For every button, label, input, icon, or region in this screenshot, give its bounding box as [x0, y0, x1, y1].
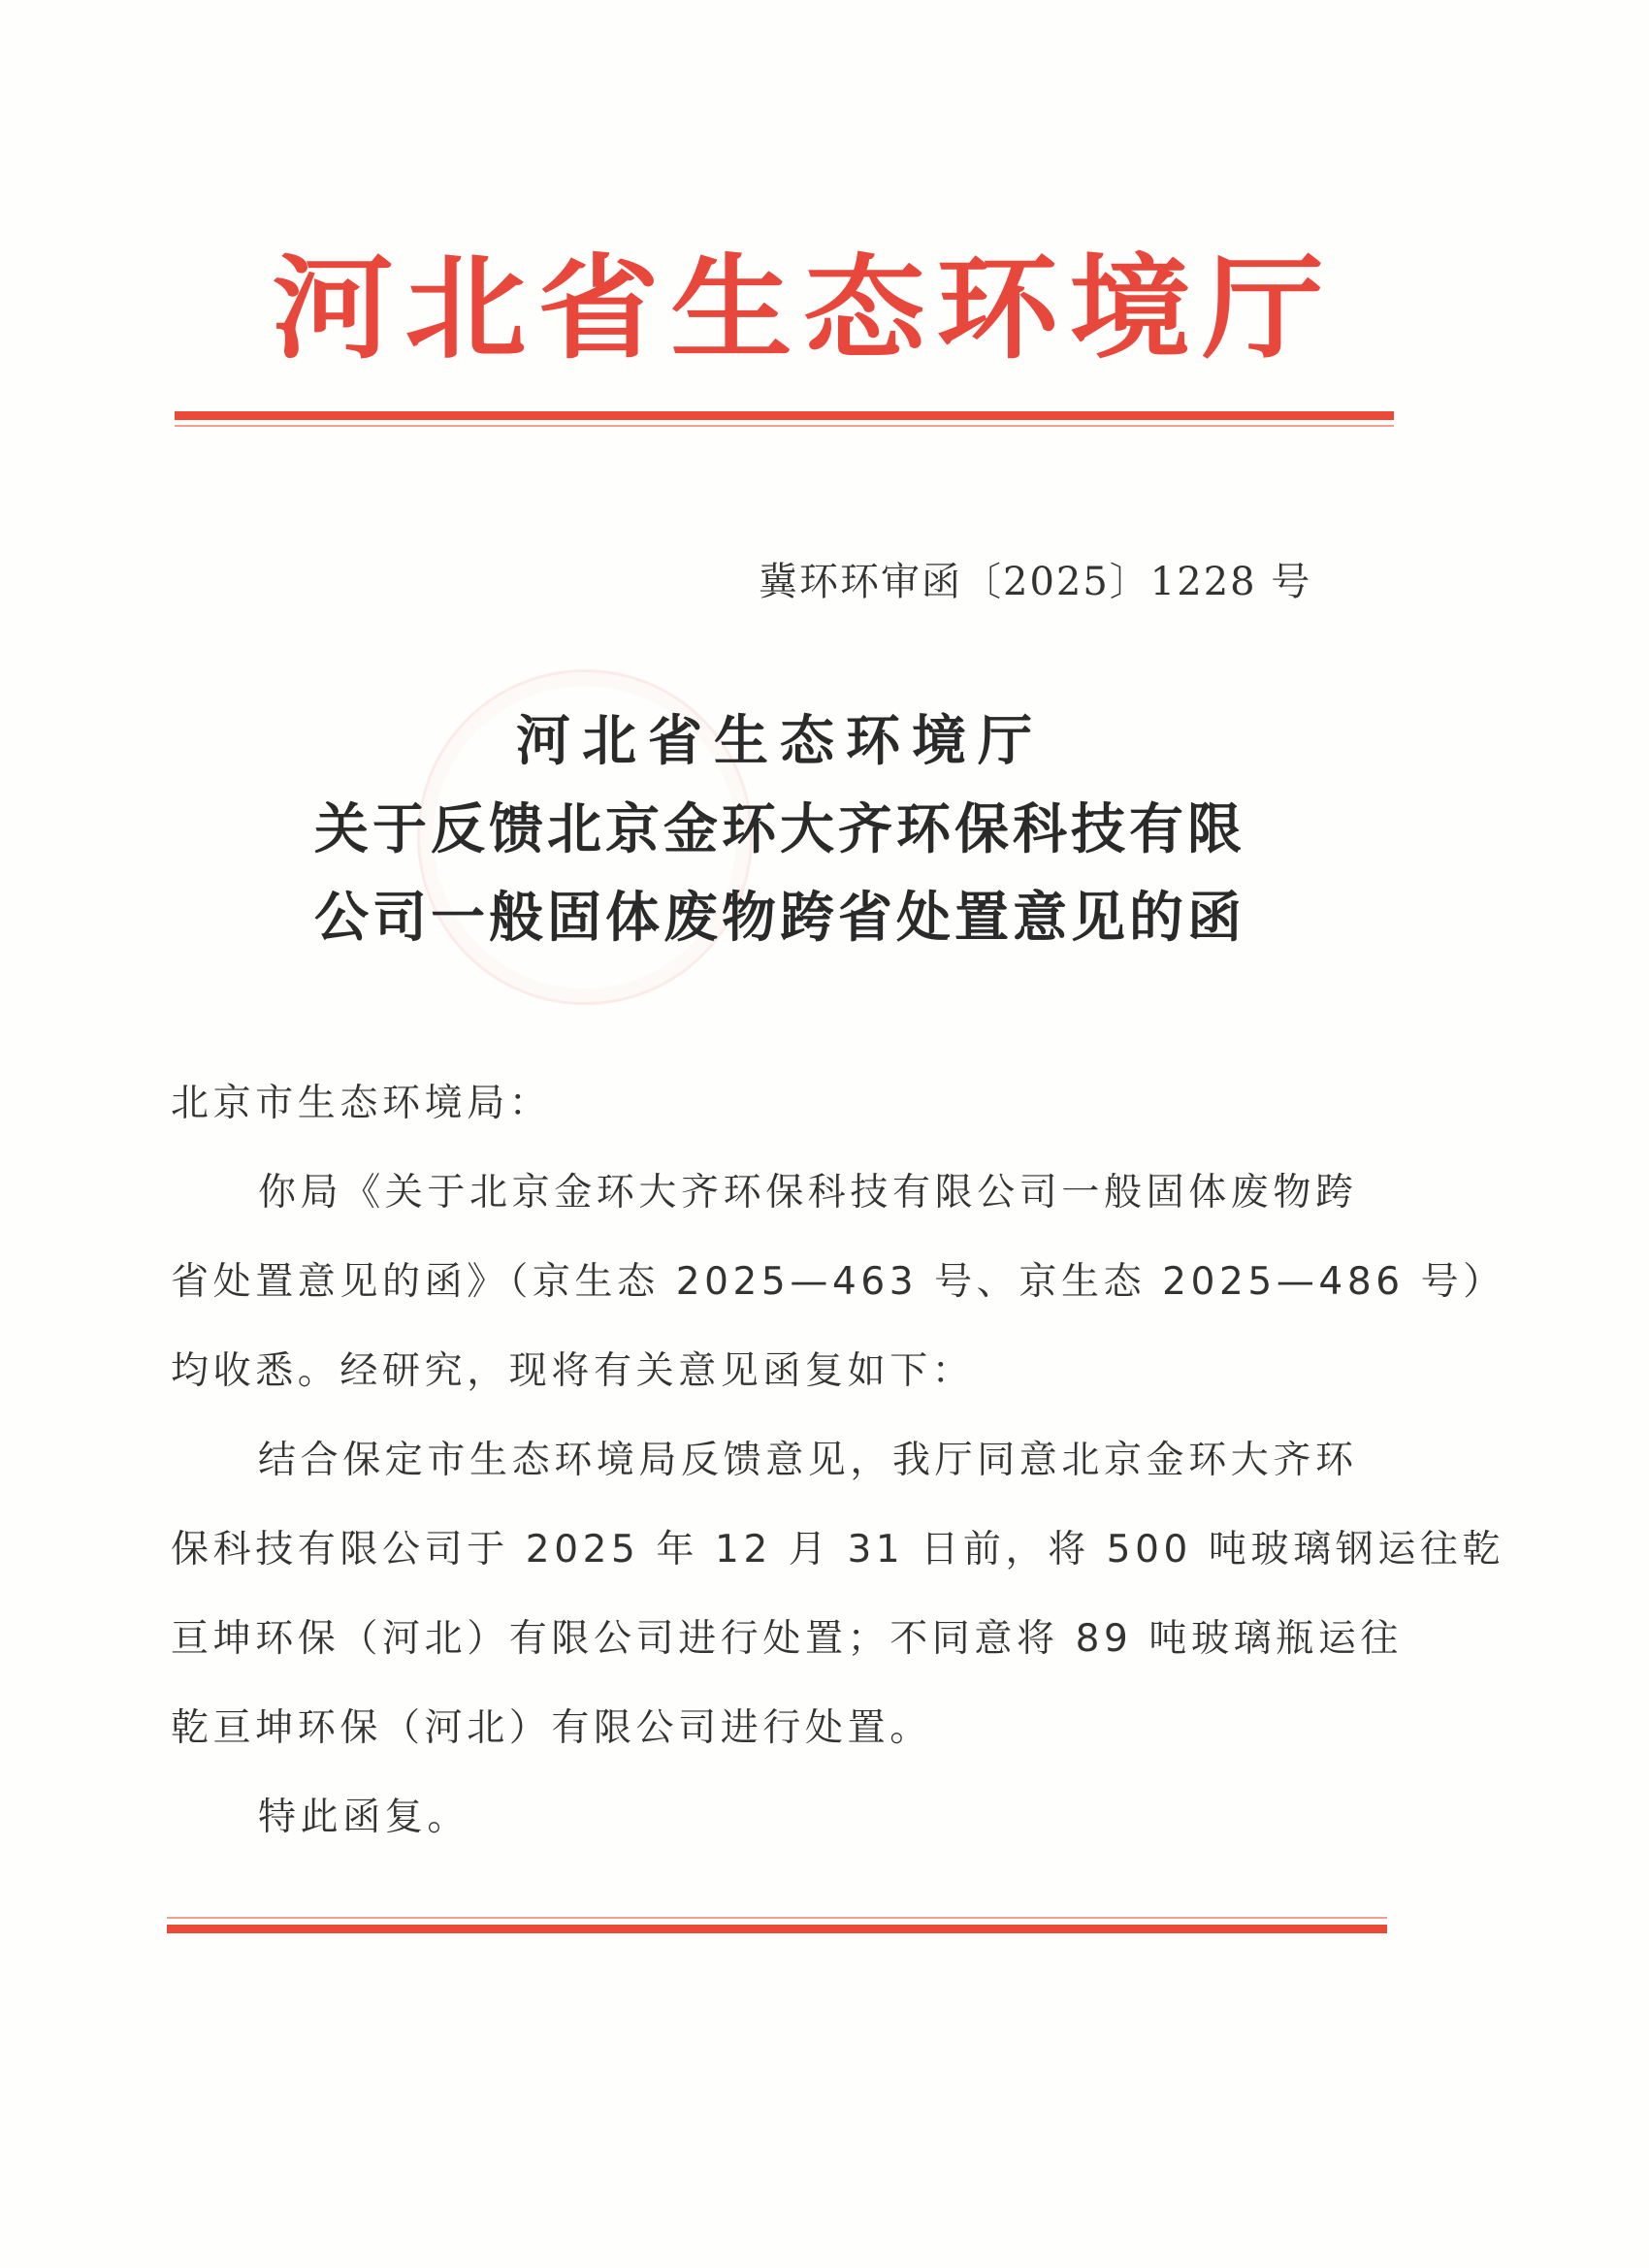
paragraph-1-line-2: 省处置意见的函》（京生态 2025—463 号、京生态 2025—486 号）	[171, 1257, 1403, 1308]
paragraph-2-line-2: 保科技有限公司于 2025 年 12 月 31 日前，将 500 吨玻璃钢运往乾	[171, 1525, 1403, 1575]
paragraph-2-line-3: 亘坤环保（河北）有限公司进行处置；不同意将 89 吨玻璃瓶运往	[171, 1614, 1403, 1665]
paragraph-1-line-1: 你局《关于北京金环大齐环保科技有限公司一般固体废物跨	[258, 1168, 1490, 1218]
paragraph-2-line-1: 结合保定市生态环境局反馈意见，我厅同意北京金环大齐环	[258, 1436, 1490, 1486]
salutation: 北京市生态环境局：	[171, 1079, 1403, 1129]
document-title-line-2: 关于反馈北京金环大齐环保科技有限	[194, 798, 1366, 860]
masthead-divider-thin	[175, 425, 1394, 427]
document-number: 冀环环审函〔2025〕1228 号	[759, 555, 1302, 609]
document-title-line-3: 公司一般固体废物跨省处置意见的函	[194, 887, 1366, 949]
document-title-line-1: 河北省生态环境厅	[194, 710, 1366, 772]
closing-remark: 特此函复。	[258, 1793, 1490, 1843]
masthead-char: 生	[670, 241, 792, 376]
masthead-char: 北	[404, 241, 526, 376]
masthead-char: 河	[272, 241, 393, 376]
paragraph-1-line-3: 均收悉。经研究，现将有关意见函复如下：	[171, 1346, 1403, 1397]
masthead-char: 态	[803, 241, 924, 376]
masthead-char: 环	[936, 241, 1057, 376]
masthead-char: 厅	[1202, 241, 1323, 376]
masthead-char: 省	[537, 241, 659, 376]
footer-divider-thick	[167, 1925, 1387, 1933]
masthead-agency-name: 河 北 省 生 态 环 境 厅	[276, 241, 1319, 376]
masthead-divider-thick	[175, 411, 1394, 420]
paragraph-2-line-4: 乾亘坤环保（河北）有限公司进行处置。	[171, 1703, 1403, 1754]
masthead-char: 境	[1069, 241, 1190, 376]
footer-divider-thin	[167, 1917, 1387, 1919]
